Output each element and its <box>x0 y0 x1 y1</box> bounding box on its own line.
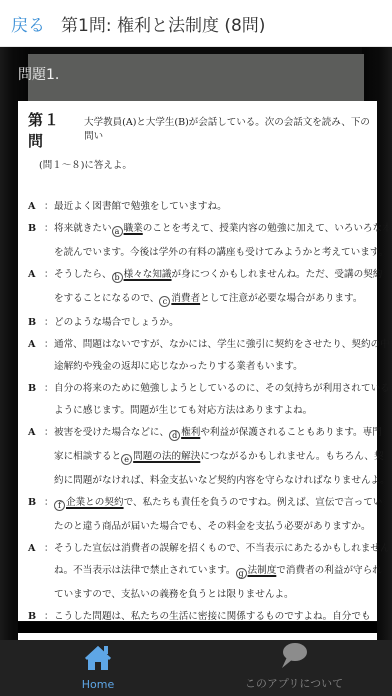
dialog-text-block: 最近よく図書館で勉強をしていますね。 <box>54 200 366 213</box>
tab-about-label: このアプリについて <box>245 675 343 691</box>
circled-letter-marker: a <box>112 226 123 237</box>
circled-letter-marker: d <box>169 430 180 441</box>
text-segment: 将来就きたい <box>54 223 112 234</box>
speaker-colon: ： <box>44 496 54 533</box>
speech-bubble-icon <box>278 641 310 673</box>
speaker-label: A <box>28 200 44 213</box>
speaker-label: A <box>28 268 44 307</box>
dialog-row: をすることになるので、c消費者として注意が必要な場合があります。 <box>54 292 366 307</box>
bottom-tab-bar: Home このアプリについて <box>0 640 392 696</box>
dialog-row: 将来就きたいa職業のことを考えて、授業内容の勉強に加えて、いろいろな本 <box>54 222 366 237</box>
speaker-colon: ： <box>44 200 54 213</box>
text-segment: 最近よく図書館で勉強をしていますね。 <box>54 201 227 212</box>
speaker-label: A <box>28 542 44 601</box>
next-page-strip <box>18 633 377 640</box>
underlined-term: 職業 <box>124 223 143 234</box>
text-segment: 自分の将来のために勉強しようとしているのに、その気持ちが利用されている <box>54 383 390 394</box>
text-segment: ね。不当表示は法律で禁止されています。 <box>54 565 236 576</box>
home-icon <box>83 644 113 676</box>
speaker-label: A <box>28 338 44 373</box>
speaker-colon: ： <box>44 316 54 329</box>
speaker-colon: ： <box>44 426 54 487</box>
speaker-colon: ： <box>44 338 54 373</box>
dialog-row: 家に相談するとe問題の法的解決につながるかもしれません。もちろん、契 <box>54 450 366 465</box>
question-number: 第１問 <box>28 109 74 151</box>
question-heading: 第１問 大学教員(A)と大学生(B)が会話している。次の会話文を読み、下の問い <box>28 109 377 151</box>
dialog-row: ていますので、支払いの義務を負うとは限りませんよ。 <box>54 588 366 601</box>
text-segment: そうした宣伝は消費者の誤解を招くもので、不当表示にあたるかもしれません <box>54 543 390 554</box>
dialog-text-block: そうした宣伝は消費者の誤解を招くもので、不当表示にあたるかもしれませんね。不当表… <box>54 542 366 601</box>
dialog-line: A：被害を受けた場合などに、d権利や利益が保護されることもあります。専門家に相談… <box>28 426 377 487</box>
header-bar: 戻る 第1問: 権利と法制度 (8問) <box>0 0 392 47</box>
dialog-line: A：通常、問題はないですが、なかには、学生に強引に契約をさせたり、契約の中途解約… <box>28 338 377 373</box>
question-header-bar <box>28 54 364 101</box>
dialog-text-block: f企業との契約で、私たちも責任を負うのですね。例えば、宣伝で言っていたのと違う商… <box>54 496 366 533</box>
text-segment: どのような場合でしょうか。 <box>54 317 179 328</box>
dialog-text-block: 被害を受けた場合などに、d権利や利益が保護されることもあります。専門家に相談する… <box>54 426 366 487</box>
dialog-row: そうしたら、b様々な知識が身につくかもしれませんね。ただ、受講の契約 <box>54 268 366 283</box>
speaker-colon: ： <box>44 542 54 601</box>
text-segment: として注意が必要な場合があります。 <box>200 293 362 304</box>
dialog-text-block: 自分の将来のために勉強しようとしているのに、その気持ちが利用されているように感じ… <box>54 382 366 417</box>
question-intro-cont: (問１～８)に答えよ。 <box>39 157 377 171</box>
question-content[interactable]: 問題1. 第１問 大学教員(A)と大学生(B)が会話している。次の会話文を読み、… <box>0 47 392 640</box>
back-button[interactable]: 戻る <box>11 11 45 36</box>
speaker-label: B <box>28 496 44 533</box>
dialog-row: 約に問題がなければ、料金支払いなど契約内容を守らなければなりませんよ。 <box>54 474 366 487</box>
circled-letter-marker: e <box>121 454 132 465</box>
question-label: 問題1. <box>18 64 59 84</box>
dialog-row: 途解約や残金の返却に応じなかったりする業者もいます。 <box>54 360 366 373</box>
underlined-term: 様々な知識 <box>124 269 172 280</box>
dialog-row: 通常、問題はないですが、なかには、学生に強引に契約をさせたり、契約の中 <box>54 338 366 351</box>
text-segment: 通常、問題はないですが、なかには、学生に強引に契約をさせたり、契約の中 <box>54 339 390 350</box>
dialog-text-block: そうしたら、b様々な知識が身につくかもしれませんね。ただ、受講の契約をすることに… <box>54 268 366 307</box>
dialog-row: 被害を受けた場合などに、d権利や利益が保護されることもあります。専門 <box>54 426 366 441</box>
speaker-label: A <box>28 426 44 487</box>
dialog-line: B：自分の将来のために勉強しようとしているのに、その気持ちが利用されているように… <box>28 382 377 417</box>
speaker-colon: ： <box>44 222 54 259</box>
dialog-row: f企業との契約で、私たちも責任を負うのですね。例えば、宣伝で言ってい <box>54 496 366 511</box>
circled-letter-marker: b <box>112 272 123 283</box>
circled-letter-marker: c <box>159 296 170 307</box>
dialog-row: そうした宣伝は消費者の誤解を招くもので、不当表示にあたるかもしれません <box>54 542 366 555</box>
text-segment: が身につくかもしれませんね。ただ、受講の契約 <box>172 269 383 280</box>
question-image: 第１問 大学教員(A)と大学生(B)が会話している。次の会話文を読み、下の問い … <box>18 101 377 621</box>
dialog-line: B：f企業との契約で、私たちも責任を負うのですね。例えば、宣伝で言っていたのと違… <box>28 496 377 533</box>
text-segment: や利益が保護されることもあります。専門 <box>200 427 382 438</box>
text-segment: のことを考えて、授業内容の勉強に加えて、いろいろな本 <box>143 223 392 234</box>
dialog-row: どのような場合でしょうか。 <box>54 316 366 329</box>
dialog-text-block: どのような場合でしょうか。 <box>54 316 366 329</box>
text-segment: を読んでいます。今後は学外の有料の講座も受けてみようかと考えています。 <box>54 247 388 258</box>
speaker-colon: ： <box>44 382 54 417</box>
text-segment: たのと違う商品が届いた場合でも、その料金を支払う必要がありますか。 <box>54 521 371 532</box>
tab-home[interactable]: Home <box>0 640 196 696</box>
text-segment: こうした問題は、私たちの生活に密接に関係するものですよね。自分でも <box>54 611 371 622</box>
speaker-label: B <box>28 382 44 417</box>
underlined-term: 問題の法的解決 <box>133 451 200 462</box>
dialog-line: A：そうした宣伝は消費者の誤解を招くもので、不当表示にあたるかもしれませんね。不… <box>28 542 377 601</box>
dialog-line: B：どのような場合でしょうか。 <box>28 316 377 329</box>
dialog-text: A：最近よく図書館で勉強をしていますね。B：将来就きたいa職業のことを考えて、授… <box>28 200 377 640</box>
text-segment: につながるかもしれません。もちろん、契 <box>200 451 383 462</box>
text-segment: をすることになるので、 <box>54 293 159 304</box>
underlined-term: 権利 <box>181 427 200 438</box>
text-segment: 家に相談すると <box>54 451 121 462</box>
text-segment: 途解約や残金の返却に応じなかったりする業者もいます。 <box>54 361 303 372</box>
dialog-row: 最近よく図書館で勉強をしていますね。 <box>54 200 366 213</box>
text-segment: 約に問題がなければ、料金支払いなど契約内容を守らなければなりませんよ。 <box>54 475 390 486</box>
circled-letter-marker: f <box>54 500 65 511</box>
dialog-line: A：そうしたら、b様々な知識が身につくかもしれませんね。ただ、受講の契約をするこ… <box>28 268 377 307</box>
text-segment: ように感じます。問題が生じても対応方法はありますよね。 <box>54 405 312 416</box>
page-title: 第1問: 権利と法制度 (8問) <box>61 11 265 36</box>
dialog-row: ように感じます。問題が生じても対応方法はありますよね。 <box>54 404 366 417</box>
tab-about-app[interactable]: このアプリについて <box>196 640 392 696</box>
dialog-line: B：将来就きたいa職業のことを考えて、授業内容の勉強に加えて、いろいろな本を読ん… <box>28 222 377 259</box>
next-page-edge <box>18 622 377 640</box>
speaker-colon: ： <box>44 268 54 307</box>
question-intro: 大学教員(A)と大学生(B)が会話している。次の会話文を読み、下の問い <box>84 114 377 142</box>
text-segment: で消費者の利益が守られ <box>276 565 382 576</box>
dialog-text-block: 将来就きたいa職業のことを考えて、授業内容の勉強に加えて、いろいろな本を読んでい… <box>54 222 366 259</box>
speaker-label: B <box>28 222 44 259</box>
dialog-line: A：最近よく図書館で勉強をしていますね。 <box>28 200 377 213</box>
underlined-term: 消費者 <box>171 293 200 304</box>
dialog-row: を読んでいます。今後は学外の有料の講座も受けてみようかと考えています。 <box>54 246 366 259</box>
text-segment: そうしたら、 <box>54 269 112 280</box>
underlined-term: 法制度 <box>248 565 277 576</box>
text-segment: 被害を受けた場合などに、 <box>54 427 169 438</box>
speaker-label: B <box>28 316 44 329</box>
dialog-text-block: 通常、問題はないですが、なかには、学生に強引に契約をさせたり、契約の中途解約や残… <box>54 338 366 373</box>
text-segment: ていますので、支払いの義務を負うとは限りませんよ。 <box>54 589 294 600</box>
circled-letter-marker: g <box>236 568 247 579</box>
dialog-row: たのと違う商品が届いた場合でも、その料金を支払う必要がありますか。 <box>54 520 366 533</box>
text-segment: で、私たちも責任を負うのですね。例えば、宣伝で言ってい <box>124 497 383 508</box>
underlined-term: 企業との契約 <box>66 497 124 508</box>
dialog-row: ね。不当表示は法律で禁止されています。g法制度で消費者の利益が守られ <box>54 564 366 579</box>
dialog-row: 自分の将来のために勉強しようとしているのに、その気持ちが利用されている <box>54 382 366 395</box>
tab-home-label: Home <box>82 678 114 691</box>
